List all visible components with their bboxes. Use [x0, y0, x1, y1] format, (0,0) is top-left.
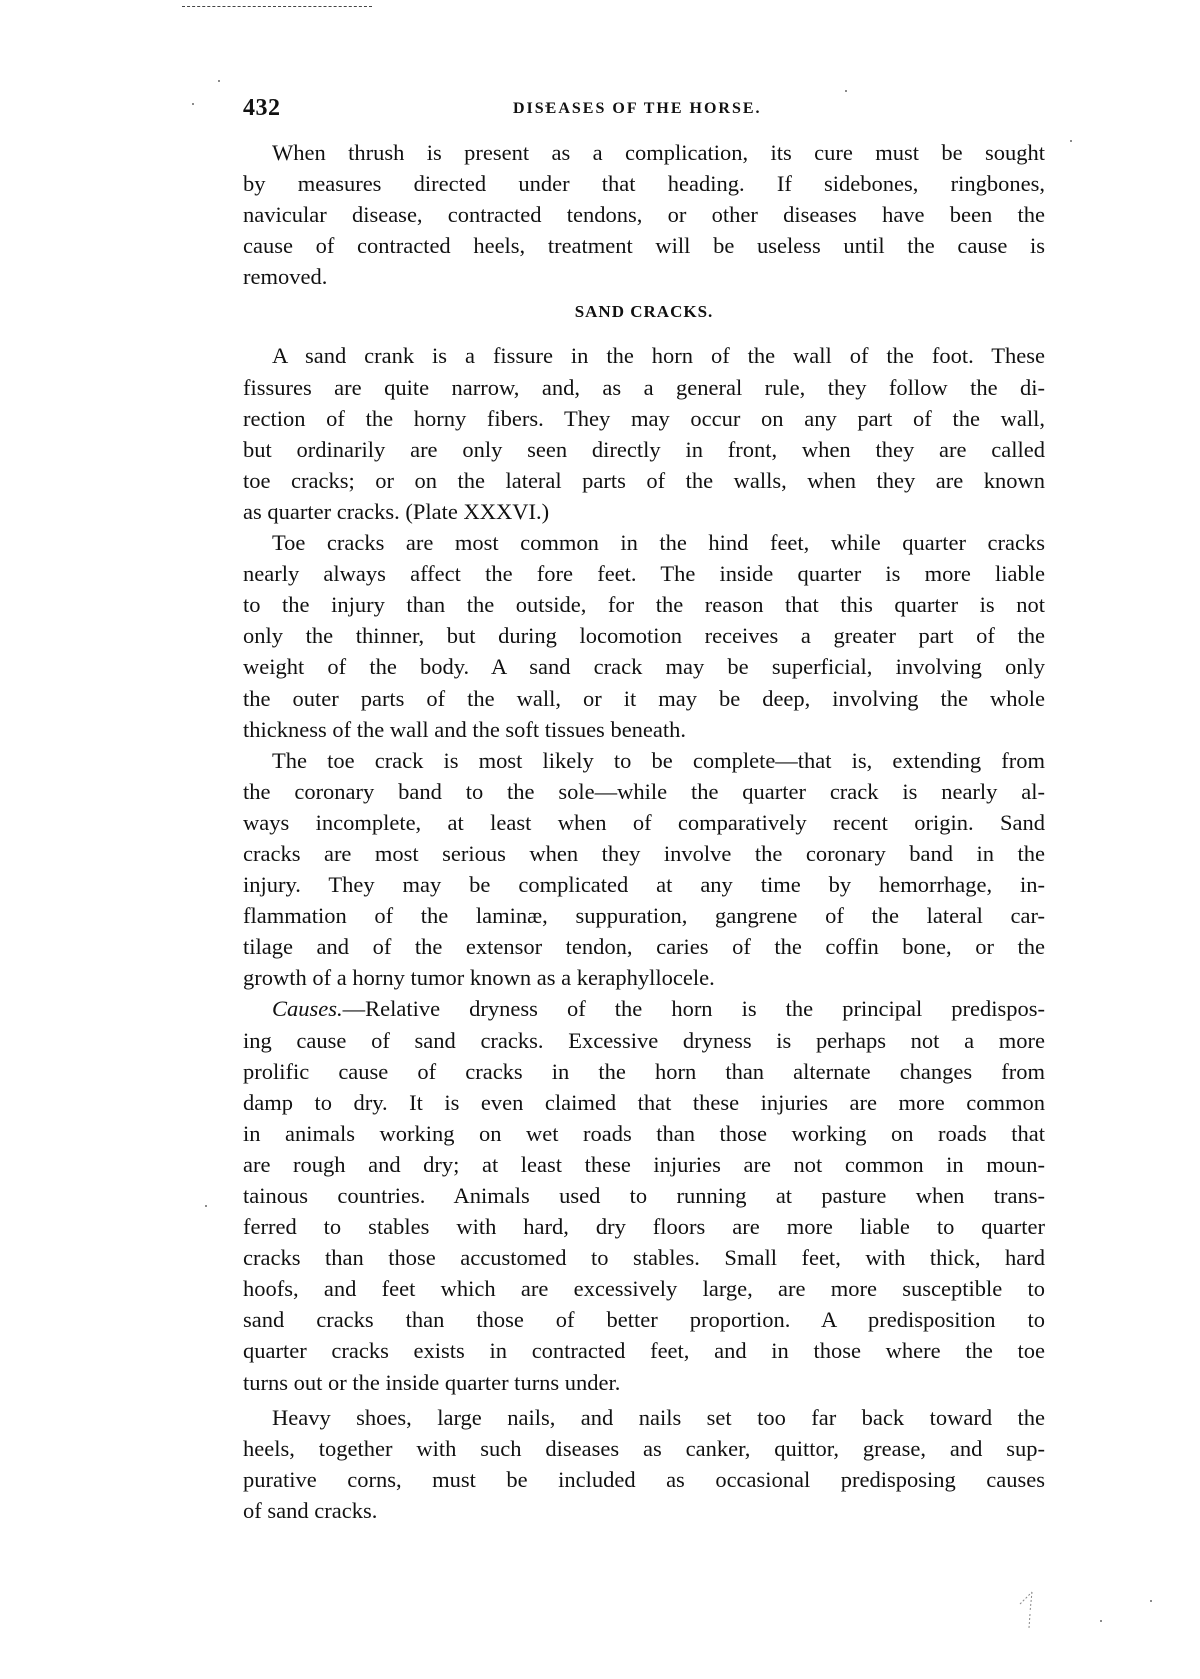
scan-speck: [1070, 140, 1072, 142]
text-line: cracks than those accustomed to stables.…: [243, 1242, 1045, 1273]
text-line: Heavy shoes, large nails, and nails set …: [243, 1402, 1045, 1433]
text-line: the coronary band to the sole—while the …: [243, 776, 1045, 807]
text-line: in animals working on wet roads than tho…: [243, 1118, 1045, 1149]
text-line: prolific cause of cracks in the horn tha…: [243, 1056, 1045, 1087]
text-line: When thrush is present as a complication…: [243, 137, 1045, 168]
text-line: ing cause of sand cracks. Excessive dryn…: [243, 1025, 1045, 1056]
text-line: The toe crack is most likely to be compl…: [243, 745, 1045, 776]
running-title: DISEASES OF THE HORSE.: [513, 100, 762, 118]
text-line: toe cracks; or on the lateral parts of t…: [243, 465, 1045, 496]
text-line: fissures are quite narrow, and, as a gen…: [243, 372, 1045, 403]
page-body: When thrush is present as a complication…: [243, 137, 1045, 1526]
text-line: purative corns, must be included as occa…: [243, 1464, 1045, 1495]
scan-speck: [192, 103, 194, 105]
text-line: tainous countries. Animals used to runni…: [243, 1180, 1045, 1211]
section-heading: SAND CRACKS.: [243, 296, 1045, 327]
paragraph-severity: The toe crack is most likely to be compl…: [243, 745, 1045, 994]
text-line: cracks are most serious when they involv…: [243, 838, 1045, 869]
text-line: of sand cracks.: [243, 1495, 1045, 1526]
paragraph-definition: A sand crank is a fissure in the horn of…: [243, 340, 1045, 527]
text-line: injury. They may be complicated at any t…: [243, 869, 1045, 900]
causes-lead-in: Causes.: [272, 996, 343, 1021]
text-line: Toe cracks are most common in the hind f…: [243, 527, 1045, 558]
text-line: weight of the body. A sand crack may be …: [243, 651, 1045, 682]
text-line: are rough and dry; at least these injuri…: [243, 1149, 1045, 1180]
text-line: A sand crank is a fissure in the horn of…: [243, 340, 1045, 371]
text-line: ways incomplete, at least when of compar…: [243, 807, 1045, 838]
text-line: by measures directed under that heading.…: [243, 168, 1045, 199]
intro-paragraph: When thrush is present as a complication…: [243, 137, 1045, 292]
text-line: rection of the horny fibers. They may oc…: [243, 403, 1045, 434]
text-line: flammation of the laminæ, suppuration, g…: [243, 900, 1045, 931]
paragraph-causes: Causes.—Relative dryness of the horn is …: [243, 993, 1045, 1397]
text-line: but ordinarily are only seen directly in…: [243, 434, 1045, 465]
text-line: removed.: [243, 261, 1045, 292]
scan-artifact-rule: [182, 6, 372, 7]
text-line: the outer parts of the wall, or it may b…: [243, 683, 1045, 714]
text-line: turns out or the inside quarter turns un…: [243, 1367, 1045, 1398]
text-line: thickness of the wall and the soft tissu…: [243, 714, 1045, 745]
scan-speck: [205, 1205, 207, 1207]
text-line: Causes.—Relative dryness of the horn is …: [243, 993, 1045, 1024]
text-line: hoofs, and feet which are excessively la…: [243, 1273, 1045, 1304]
text-line: cause of contracted heels, treatment wil…: [243, 230, 1045, 261]
causes-first-line: —Relative dryness of the horn is the pri…: [343, 996, 1045, 1021]
text-line: nearly always affect the fore feet. The …: [243, 558, 1045, 589]
text-line: navicular disease, contracted tendons, o…: [243, 199, 1045, 230]
running-head: 432 DISEASES OF THE HORSE.: [243, 95, 1063, 125]
page-number: 432: [243, 95, 281, 122]
scan-speck: [545, 105, 547, 107]
scan-speck: [1150, 1600, 1152, 1602]
text-line: damp to dry. It is even claimed that the…: [243, 1087, 1045, 1118]
paragraph-location: Toe cracks are most common in the hind f…: [243, 527, 1045, 745]
text-line: only the thinner, but during locomotion …: [243, 620, 1045, 651]
text-line: as quarter cracks. (Plate XXXVI.): [243, 496, 1045, 527]
scan-speck: [1100, 1620, 1102, 1622]
text-line: heels, together with such diseases as ca…: [243, 1433, 1045, 1464]
text-line: to the injury than the outside, for the …: [243, 589, 1045, 620]
text-line: tilage and of the extensor tendon, carie…: [243, 931, 1045, 962]
scan-speck: [218, 80, 220, 82]
paragraph-occasional-causes: Heavy shoes, large nails, and nails set …: [243, 1402, 1045, 1526]
text-line: growth of a horny tumor known as a kerap…: [243, 962, 1045, 993]
text-line: sand cracks than those of better proport…: [243, 1304, 1045, 1335]
text-line: quarter cracks exists in contracted feet…: [243, 1335, 1045, 1366]
scan-speck: [845, 90, 847, 92]
text-line: ferred to stables with hard, dry floors …: [243, 1211, 1045, 1242]
pencil-mark-icon: [1018, 1590, 1038, 1630]
